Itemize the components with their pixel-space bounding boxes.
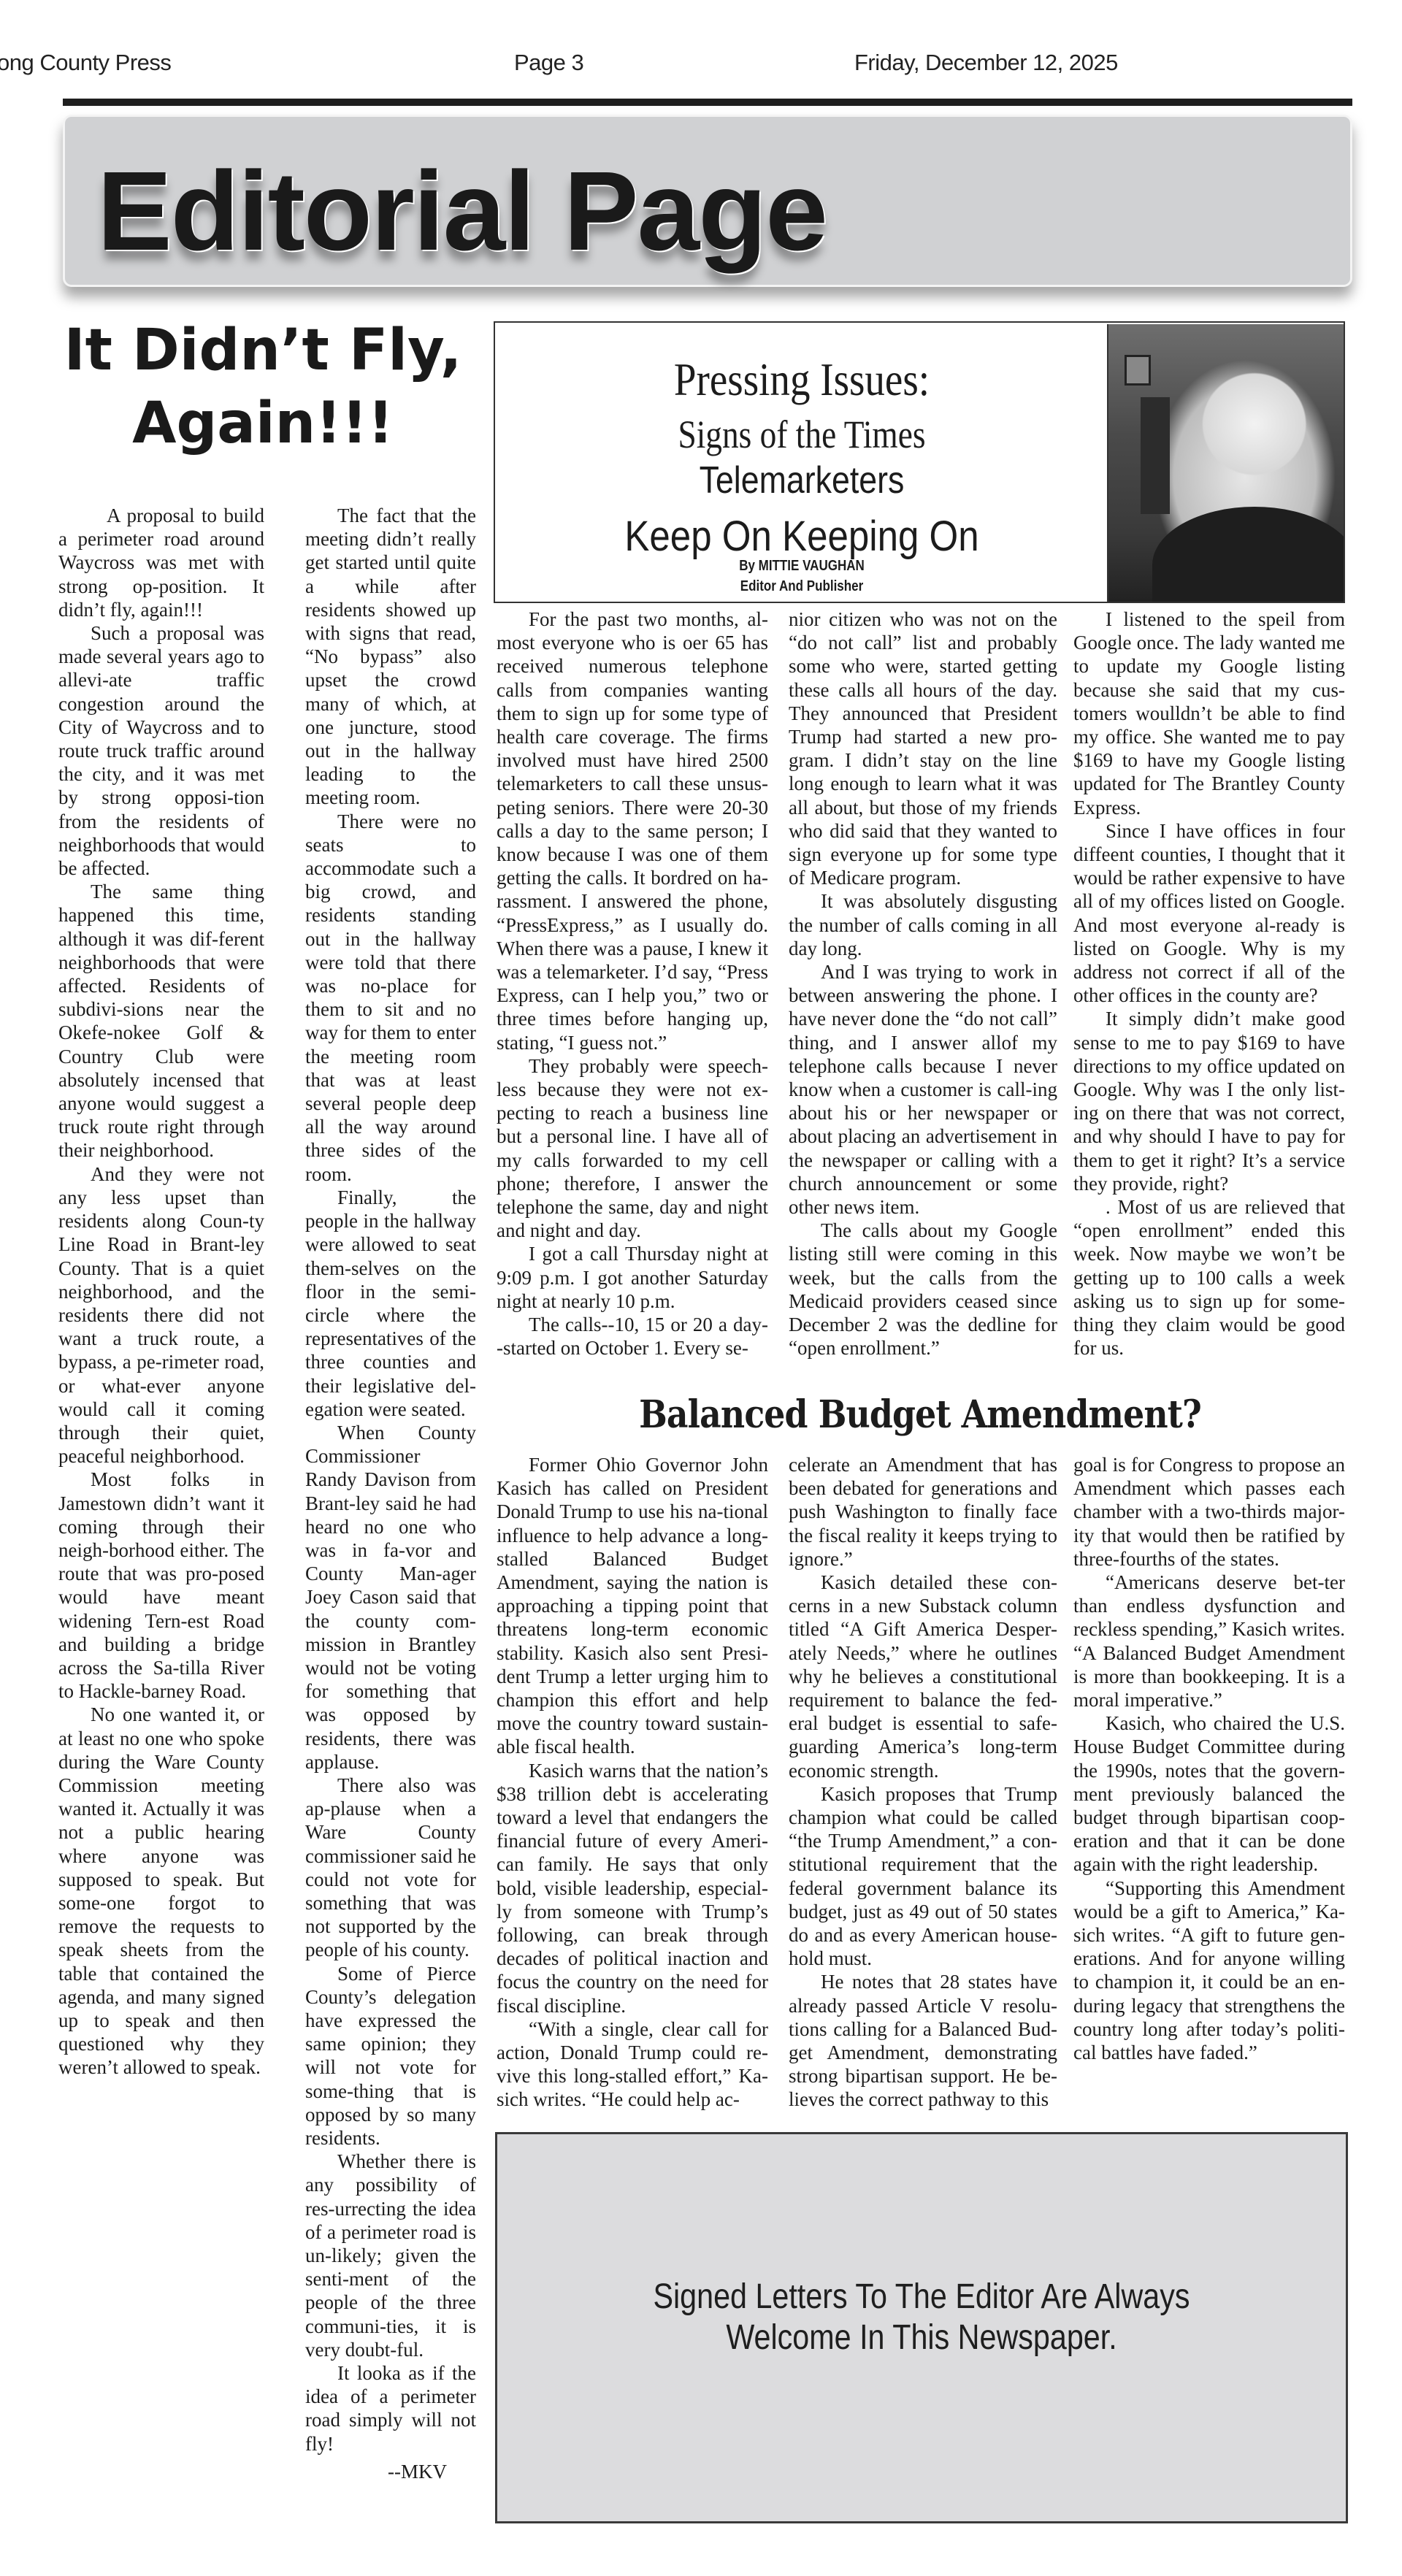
paragraph: When County Commissioner Randy Davison f… xyxy=(305,1421,476,1774)
budget-column-2: celerate an Amendment that has been deba… xyxy=(789,1453,1057,2112)
paragraph: It was absolutely disgusting the number … xyxy=(789,889,1057,960)
editorial-headline: It Didn’t Fly, Again!!! xyxy=(44,314,482,460)
column-subtitle: Signs of the Times xyxy=(544,415,1060,454)
paragraph: Kasich warns that the nation’s $38 trill… xyxy=(497,1759,768,2017)
pressing-column-2: nior citizen who was not on the “do not … xyxy=(789,607,1057,1360)
letters-notice-box: Signed Letters To The Editor Are Always … xyxy=(495,2132,1348,2523)
paragraph: And I was trying to work in between answ… xyxy=(789,960,1057,1219)
paragraph: The same thing happened this time, altho… xyxy=(58,880,264,1162)
paragraph: A proposal to build a perimeter road aro… xyxy=(58,504,264,621)
paragraph: Kasich detailed these con-cerns in a new… xyxy=(789,1571,1057,1782)
paragraph: I listened to the speil from Google once… xyxy=(1073,607,1345,819)
paragraph: Former Ohio Governor John Kasich has cal… xyxy=(497,1453,768,1759)
paragraph: “Americans deserve bet-ter than endless … xyxy=(1073,1571,1345,1711)
paragraph: The calls about my Google listing still … xyxy=(789,1219,1057,1360)
paragraph: No one wanted it, or at least no one who… xyxy=(58,1703,264,2079)
paragraph: There were no seats to accommodate such … xyxy=(305,810,476,1186)
author-signature: --MKV xyxy=(305,2460,476,2483)
paragraph: celerate an Amendment that has been deba… xyxy=(789,1453,1057,1571)
author-role: Editor And Publisher xyxy=(541,578,1062,595)
paragraph: . Most of us are relieved that “open enr… xyxy=(1073,1195,1345,1360)
paragraph: Since I have offices in four diffeent co… xyxy=(1073,819,1345,1008)
paragraph: Most folks in Jamestown didn’t want it c… xyxy=(58,1468,264,1703)
paragraph: I got a call Thursday night at 9:09 p.m.… xyxy=(497,1242,768,1313)
paragraph: It simply didn’t make good sense to me t… xyxy=(1073,1007,1345,1195)
letters-notice-line-2: Welcome In This Newspaper. xyxy=(556,2318,1286,2358)
editorial-column-1: A proposal to build a perimeter road aro… xyxy=(58,504,264,2079)
paragraph: He notes that 28 states have already pas… xyxy=(789,1970,1057,2111)
article-headline-line-2: Keep On Keeping On xyxy=(532,515,1071,558)
pressing-column-1: For the past two months, al-most everyon… xyxy=(497,607,768,1360)
paragraph: Whether there is any possibility of res-… xyxy=(305,2150,476,2361)
paragraph: And they were not any less upset than re… xyxy=(58,1162,264,1468)
shelf-shape xyxy=(1141,397,1170,514)
paragraph: They probably were speech-less because t… xyxy=(497,1054,768,1243)
budget-column-3: goal is for Congress to propose an Amend… xyxy=(1073,1453,1345,2064)
shoulders-shape xyxy=(1152,507,1344,602)
column-header-box: Pressing Issues: Signs of the Times Tele… xyxy=(494,321,1345,603)
paragraph: goal is for Congress to propose an Amend… xyxy=(1073,1453,1345,1571)
paragraph: nior citizen who was not on the “do not … xyxy=(789,607,1057,889)
publication-name: ong County Press xyxy=(0,50,171,76)
letters-notice: Signed Letters To The Editor Are Always … xyxy=(556,2277,1286,2358)
paragraph: The calls--10, 15 or 20 a day--started o… xyxy=(497,1313,768,1360)
paragraph: The fact that the meeting didn’t really … xyxy=(305,504,476,810)
paragraph: Finally, the people in the hallway were … xyxy=(305,1186,476,1421)
byline: By MITTIE VAUGHAN xyxy=(541,558,1062,575)
section-title: Editorial Page xyxy=(97,155,827,267)
header-rule xyxy=(63,99,1352,106)
paragraph: Some of Pierce County’s delegation have … xyxy=(305,1962,476,2150)
column-title: Pressing Issues: xyxy=(538,356,1065,403)
paragraph: Such a proposal was made several years a… xyxy=(58,621,264,880)
budget-column-1: Former Ohio Governor John Kasich has cal… xyxy=(497,1453,768,2112)
paragraph: It looka as if the idea of a perimeter r… xyxy=(305,2361,476,2456)
column-title-block: Pressing Issues: Signs of the Times Tele… xyxy=(495,323,1108,602)
article-headline-line-1: Telemarketers xyxy=(538,461,1065,499)
paragraph: “Supporting this Amendment would be a gi… xyxy=(1073,1877,1345,2065)
pressing-column-3: I listened to the speil from Google once… xyxy=(1073,607,1345,1360)
paragraph: “With a single, clear call for action, D… xyxy=(497,2017,768,2112)
paragraph: There also was ap-plause when a Ware Cou… xyxy=(305,1774,476,1962)
paragraph: Kasich, who chaired the U.S. House Budge… xyxy=(1073,1711,1345,1876)
page-number: Page 3 xyxy=(514,50,583,76)
author-photo xyxy=(1107,324,1344,602)
issue-date: Friday, December 12, 2025 xyxy=(854,50,1118,76)
budget-headline: Balanced Budget Amendment? xyxy=(535,1396,1306,1434)
wall-frame-shape xyxy=(1125,355,1151,386)
paragraph: Kasich proposes that Trump champion what… xyxy=(789,1782,1057,1971)
letters-notice-line-1: Signed Letters To The Editor Are Always xyxy=(556,2277,1286,2318)
paragraph: For the past two months, al-most everyon… xyxy=(497,607,768,1054)
editorial-column-2: The fact that the meeting didn’t really … xyxy=(305,504,476,2483)
section-banner: Editorial Page xyxy=(63,115,1352,287)
